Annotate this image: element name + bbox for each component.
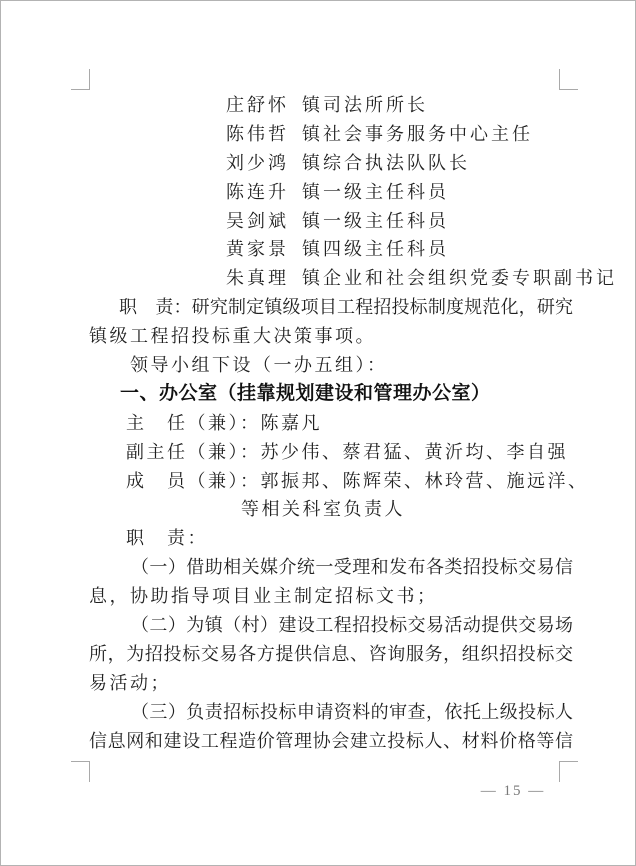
person-title: 镇企业和社会组织党委专职副书记 <box>302 264 617 293</box>
margin-mark-top-left <box>71 69 90 90</box>
duty-item-line: （三）负责招标投标申请资料的审查，依托上级投标人 <box>89 698 573 727</box>
duty-item-line: （一）借助相关媒介统一受理和发布各类招投标交易信 <box>89 553 573 582</box>
duty-item-line: 易活动； <box>89 669 573 698</box>
text-block: 庄舒怀 镇司法所所长 陈伟哲 镇社会事务服务中心主任 刘少鸿 镇综合执法队队长 … <box>89 91 573 755</box>
person-name: 吴剑斌 <box>226 207 289 236</box>
margin-mark-top-right <box>559 69 578 90</box>
roster-row: 朱真理 镇企业和社会组织党委专职副书记 <box>89 264 573 293</box>
members-continuation-line: 等相关科室负责人 <box>89 495 573 524</box>
deputy-director-line: 副主任（兼）：苏少伟、蔡君猛、黄沂均、李自强 <box>89 438 573 467</box>
roster-row: 刘少鸿 镇综合执法队队长 <box>89 149 573 178</box>
margin-mark-bottom-left <box>71 761 90 782</box>
duty-intro-line: 镇级工程招投标重大决策事项。 <box>89 322 573 351</box>
person-name: 陈伟哲 <box>226 120 289 149</box>
person-title: 镇四级主任科员 <box>302 235 449 264</box>
roster-row: 黄家景 镇四级主任科员 <box>89 235 573 264</box>
person-title: 镇社会事务服务中心主任 <box>302 120 533 149</box>
person-name: 庄舒怀 <box>226 91 289 120</box>
roster-row: 庄舒怀 镇司法所所长 <box>89 91 573 120</box>
duty-item-line: 信息网和建设工程造价管理协会建立投标人、材料价格等信 <box>89 727 573 756</box>
margin-mark-bottom-right <box>559 761 578 782</box>
duty-item-line: 息，协助指导项目业主制定招标文书； <box>89 582 573 611</box>
person-title: 镇一级主任科员 <box>302 207 449 236</box>
members-line: 成 员（兼）：郭振邦、陈辉荣、林玲营、施远洋、 <box>89 467 573 496</box>
roster-row: 吴剑斌 镇一级主任科员 <box>89 207 573 236</box>
roster-row: 陈连升 镇一级主任科员 <box>89 178 573 207</box>
person-name: 陈连升 <box>226 178 289 207</box>
person-title: 镇综合执法队队长 <box>302 149 470 178</box>
duty-item-line: 所，为招投标交易各方提供信息、咨询服务，组织招投标交 <box>89 640 573 669</box>
subgroups-note: 领导小组下设（一办五组）： <box>89 351 573 380</box>
person-title: 镇司法所所长 <box>302 91 428 120</box>
duty-intro-line: 职 责：研究制定镇级项目工程招投标制度规范化，研究 <box>89 293 573 322</box>
person-name: 刘少鸿 <box>226 149 289 178</box>
section-heading: 一、办公室（挂靠规划建设和管理办公室） <box>89 380 573 409</box>
person-name: 黄家景 <box>226 235 289 264</box>
roster-row: 陈伟哲 镇社会事务服务中心主任 <box>89 120 573 149</box>
duty-item-line: （二）为镇（村）建设工程招投标交易活动提供交易场 <box>89 611 573 640</box>
person-name: 朱真理 <box>226 264 289 293</box>
document-page: 庄舒怀 镇司法所所长 陈伟哲 镇社会事务服务中心主任 刘少鸿 镇综合执法队队长 … <box>0 0 636 866</box>
person-title: 镇一级主任科员 <box>302 178 449 207</box>
office-duty-label: 职 责： <box>89 524 573 553</box>
director-line: 主 任（兼）：陈嘉凡 <box>89 409 573 438</box>
page-number: — 15 — <box>463 783 563 800</box>
